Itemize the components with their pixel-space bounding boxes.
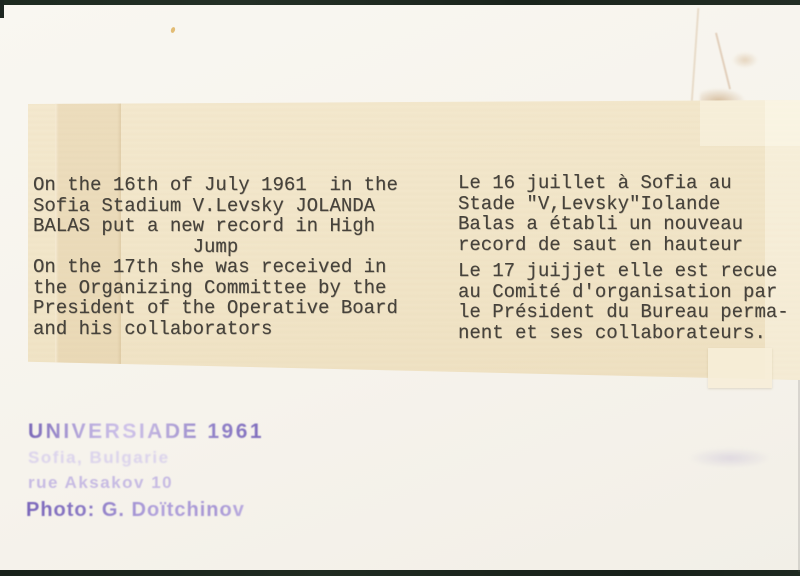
stamp-city-line: Sofia, Bulgarie (28, 448, 170, 468)
stamp-photographer-line: Photo: G. Doïtchinov (26, 499, 245, 522)
stamp-ink-smudge (688, 448, 772, 468)
stamp-street-line: rue Aksakov 10 (28, 473, 173, 493)
photo-top-left-corner-edge (0, 0, 4, 18)
stain-mark (732, 52, 758, 68)
paper-speck (170, 26, 176, 33)
stamp-event-line: UNIVERSIADE 1961 (28, 420, 264, 444)
scratch-mark (691, 8, 700, 104)
scratch-mark (715, 33, 731, 90)
photo-top-edge (0, 0, 800, 5)
caption-french-paragraph-1: Le 16 juillet à Sofia au Stade "V,Levsky… (458, 173, 743, 255)
caption-french-paragraph-2: Le 17 juijjet elle est recue au Comité d… (458, 261, 789, 343)
photo-back-card: On the 16th of July 1961 in the Sofia St… (0, 0, 800, 576)
pasted-caption-label: On the 16th of July 1961 in the Sofia St… (28, 100, 800, 380)
photo-bottom-edge (0, 570, 800, 576)
caption-english-text: On the 16th of July 1961 in the Sofia St… (33, 175, 398, 339)
tape-mark-bottom-right (708, 348, 772, 388)
